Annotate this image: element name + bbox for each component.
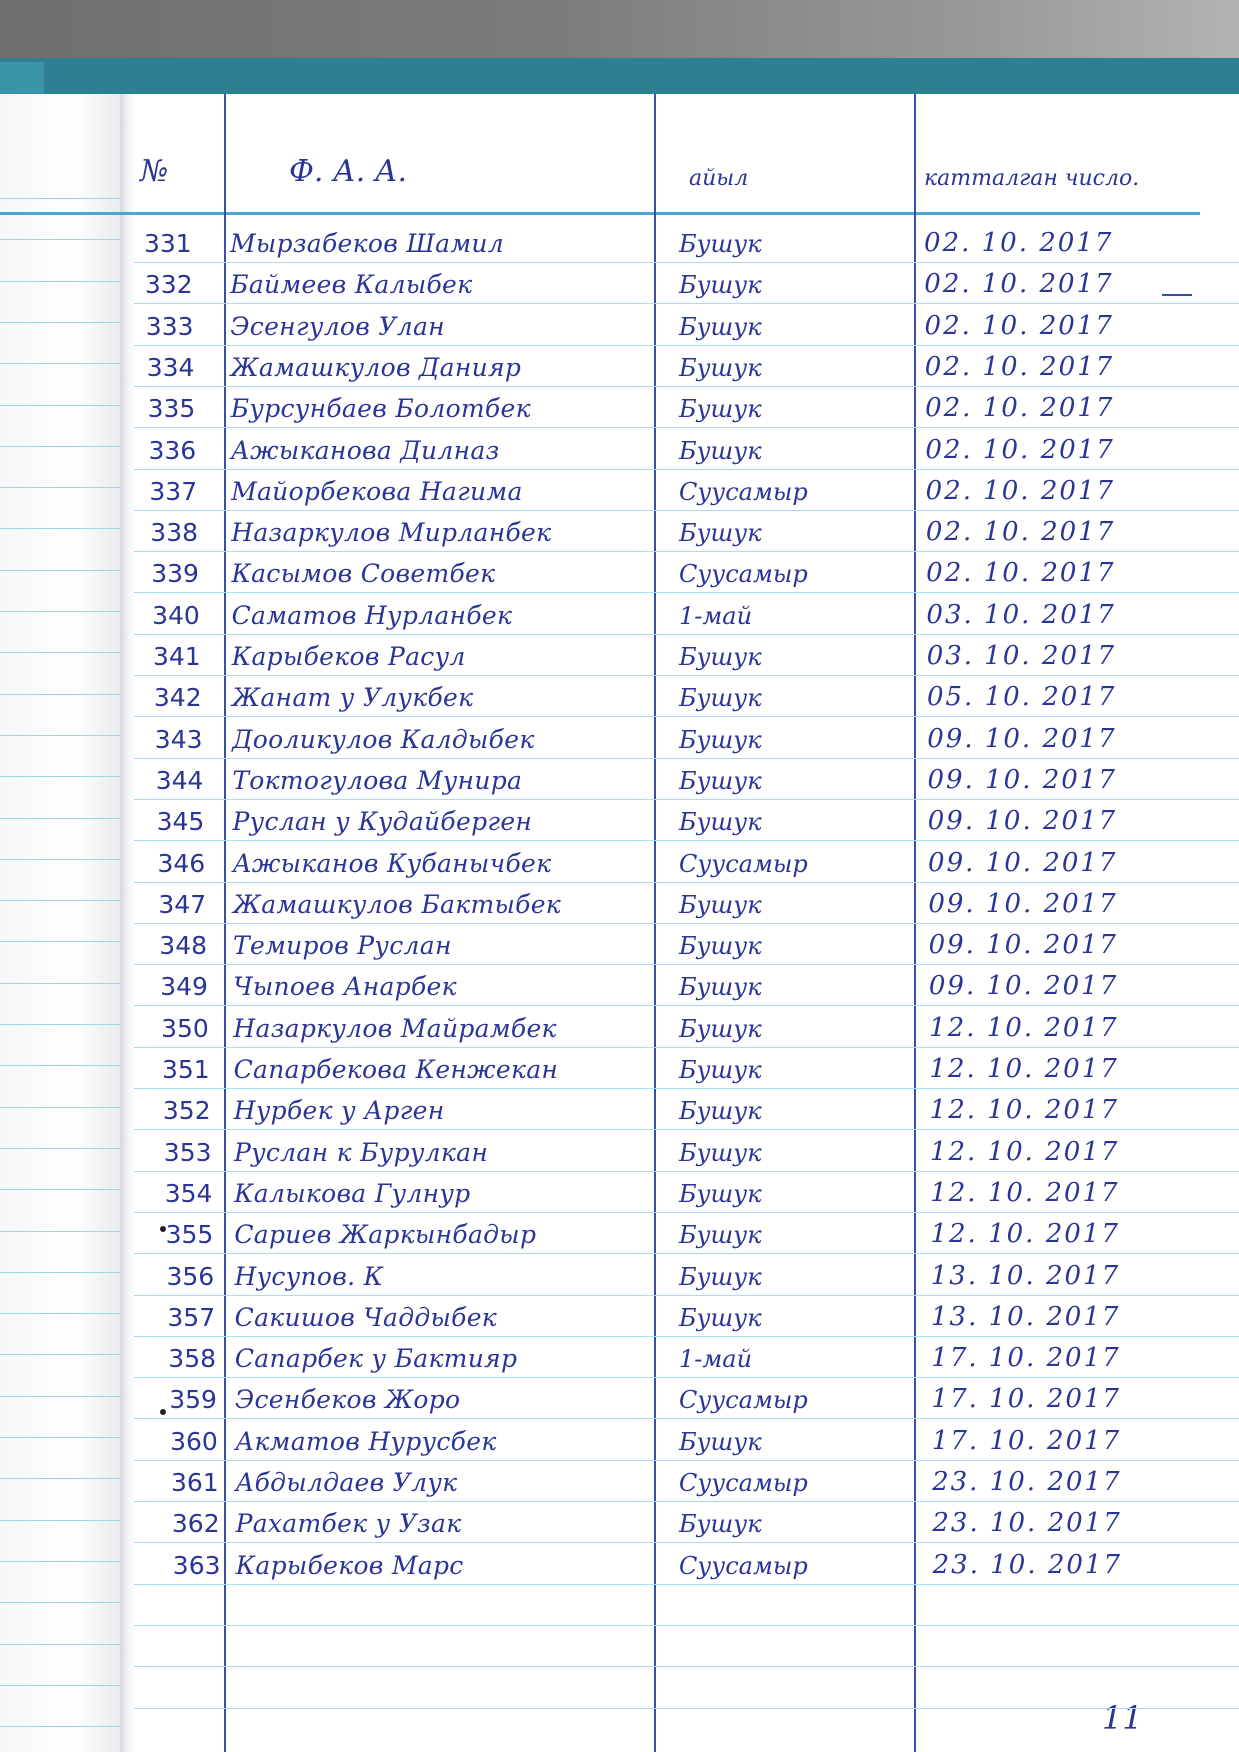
- registration-date: 17. 10. 2017: [932, 1384, 1121, 1414]
- row-number: 335: [148, 394, 196, 423]
- registration-date: 09. 10. 2017: [928, 848, 1117, 878]
- ruled-line: [134, 1625, 1239, 1626]
- left-page-line: [0, 735, 125, 736]
- row-number: 338: [150, 518, 198, 547]
- binder-hole-mark: [160, 1226, 166, 1232]
- village-name: 1-май: [679, 1345, 752, 1373]
- left-page-line: [0, 611, 125, 612]
- person-name: Дооликулов Калдыбек: [232, 725, 534, 754]
- person-name: Эсенбеков Жоро: [235, 1385, 460, 1414]
- table-row: 357Сакишов ЧаддыбекБушук13. 10. 2017: [134, 1295, 1239, 1336]
- person-name: Сапарбекова Кенжекан: [234, 1055, 559, 1084]
- row-number: 356: [167, 1262, 215, 1291]
- ruled-line: [134, 1460, 1239, 1461]
- village-name: Бушук: [679, 1428, 762, 1456]
- village-name: Суусамыр: [679, 850, 808, 878]
- table-row: 337Майорбекова НагимаСуусамыр02. 10. 201…: [134, 469, 1239, 510]
- table-row: 349Чыпоев АнарбекБушук09. 10. 2017: [134, 964, 1239, 1005]
- row-number: 352: [163, 1096, 211, 1125]
- ruled-line: [134, 427, 1239, 428]
- registration-date: 17. 10. 2017: [932, 1426, 1121, 1456]
- registration-date: 09. 10. 2017: [929, 971, 1118, 1001]
- village-name: Бушук: [679, 395, 762, 423]
- person-name: Ажыканова Дилназ: [231, 436, 500, 465]
- village-name: 1-май: [679, 602, 752, 630]
- registration-date: 05. 10. 2017: [927, 682, 1116, 712]
- left-page-line: [0, 1561, 125, 1562]
- village-name: Суусамыр: [679, 478, 808, 506]
- village-name: Бушук: [679, 1015, 762, 1043]
- notebook-cover-edge: [0, 58, 1239, 94]
- village-name: Бушук: [679, 684, 762, 712]
- table-row: 335Бурсунбаев БолотбекБушук02. 10. 2017: [134, 386, 1239, 427]
- person-name: Акматов Нурусбек: [235, 1427, 496, 1456]
- table-row: 350Назаркулов МайрамбекБушук12. 10. 2017: [134, 1006, 1239, 1047]
- person-name: Абдылдаев Улук: [235, 1468, 457, 1497]
- left-page-line: [0, 776, 125, 777]
- table-row: 334Жамашкулов ДаниярБушук02. 10. 2017: [134, 345, 1239, 386]
- row-number: 363: [173, 1551, 221, 1580]
- village-name: Бушук: [679, 519, 762, 547]
- left-page-line: [0, 363, 125, 364]
- row-number: 331: [144, 229, 192, 258]
- person-name: Жамашкулов Бактыбек: [233, 890, 561, 919]
- village-name: Бушук: [679, 1056, 762, 1084]
- village-name: Бушук: [679, 230, 762, 258]
- row-number: 344: [156, 766, 204, 795]
- table-row: 360Акматов НурусбекБушук17. 10. 2017: [134, 1419, 1239, 1460]
- ruled-line: [134, 1542, 1239, 1543]
- registration-date: 02. 10. 2017: [925, 352, 1114, 382]
- person-name: Руслан у Кудайберген: [233, 807, 533, 836]
- person-name: Руслан к Бурулкан: [234, 1138, 488, 1167]
- row-number: 346: [158, 849, 206, 878]
- ruled-line: [134, 923, 1239, 924]
- registration-date: 12. 10. 2017: [930, 1095, 1119, 1125]
- person-name: Калыкова Гулнур: [234, 1179, 470, 1208]
- table-row: 339Касымов СоветбекСуусамыр02. 10. 2017: [134, 551, 1239, 592]
- person-name: Чыпоев Анарбек: [233, 972, 457, 1001]
- registration-date: 02. 10. 2017: [924, 228, 1113, 258]
- table-row: 333Эсенгулов УланБушук02. 10. 2017: [134, 304, 1239, 345]
- ruled-line: [134, 469, 1239, 470]
- previous-page-edge: [0, 94, 125, 1752]
- left-page-line: [0, 818, 125, 819]
- person-name: Жанат у Улукбек: [232, 683, 473, 712]
- ruled-line: [134, 1666, 1239, 1667]
- left-page-line: [0, 198, 125, 199]
- person-name: Нурбек у Арген: [234, 1096, 445, 1125]
- row-number: 351: [162, 1055, 210, 1084]
- table-row: 338Назаркулов МирланбекБушук02. 10. 2017: [134, 510, 1239, 551]
- left-page-line: [0, 528, 125, 529]
- person-name: Бурсунбаев Болотбек: [231, 394, 531, 423]
- registration-date: 02. 10. 2017: [925, 311, 1114, 341]
- ruled-line: [134, 716, 1239, 717]
- row-number: 333: [146, 312, 194, 341]
- registration-date: 13. 10. 2017: [931, 1302, 1120, 1332]
- row-number: 359: [169, 1385, 217, 1414]
- person-name: Нусупов. К: [235, 1262, 384, 1291]
- village-name: Бушук: [679, 726, 762, 754]
- person-name: Сариев Жаркынбадыр: [234, 1220, 536, 1249]
- table-row: 363Карыбеков МарсСуусамыр23. 10. 2017: [134, 1543, 1239, 1584]
- table-row: 331Мырзабеков ШамилБушук02. 10. 2017: [134, 221, 1239, 262]
- ruled-line: [134, 1418, 1239, 1419]
- registration-date: 09. 10. 2017: [927, 724, 1116, 754]
- left-page-line: [0, 239, 125, 240]
- header-full-name: Ф. А. А.: [289, 154, 407, 189]
- left-page-line: [0, 1437, 125, 1438]
- village-name: Бушук: [679, 1263, 762, 1291]
- village-name: Бушук: [679, 437, 762, 465]
- village-name: Бушук: [679, 1221, 762, 1249]
- village-name: Бушук: [679, 643, 762, 671]
- left-page-line: [0, 1189, 125, 1190]
- left-page-line: [0, 1354, 125, 1355]
- ruled-line: [134, 799, 1239, 800]
- row-number: 361: [171, 1468, 219, 1497]
- scanner-background: [0, 0, 1239, 62]
- person-name: Мырзабеков Шамил: [230, 229, 504, 258]
- table-row: 362Рахатбек у УзакБушук23. 10. 2017: [134, 1501, 1239, 1542]
- table-row: 342Жанат у УлукбекБушук05. 10. 2017: [134, 675, 1239, 716]
- ruled-line: [134, 1377, 1239, 1378]
- row-number: 343: [155, 725, 203, 754]
- row-number: 334: [147, 353, 195, 382]
- ruled-line: [134, 1088, 1239, 1089]
- ruled-line: [134, 345, 1239, 346]
- village-name: Суусамыр: [679, 560, 808, 588]
- village-name: Суусамыр: [679, 1386, 808, 1414]
- village-name: Суусамыр: [679, 1552, 808, 1580]
- ruled-line: [134, 1212, 1239, 1213]
- registration-date: 23. 10. 2017: [932, 1467, 1121, 1497]
- table-row: 343Дооликулов КалдыбекБушук09. 10. 2017: [134, 717, 1239, 758]
- registration-date: 02. 10. 2017: [924, 269, 1113, 299]
- header-village: айыл: [689, 166, 748, 191]
- ruled-line: [134, 303, 1239, 304]
- left-page-line: [0, 694, 125, 695]
- row-number: 341: [153, 642, 201, 671]
- row-number: 332: [145, 270, 193, 299]
- village-name: Бушук: [679, 1139, 762, 1167]
- table-row: 355Сариев ЖаркынбадырБушук12. 10. 2017: [134, 1212, 1239, 1253]
- table-row: 348Темиров РусланБушук09. 10. 2017: [134, 923, 1239, 964]
- header-underline: [0, 212, 1200, 215]
- registration-date: 23. 10. 2017: [933, 1550, 1122, 1580]
- table-row: 344Токтогулова МунираБушук09. 10. 2017: [134, 758, 1239, 799]
- table-row: 347Жамашкулов БактыбекБушук09. 10. 2017: [134, 882, 1239, 923]
- left-page-line: [0, 405, 125, 406]
- person-name: Майорбекова Нагима: [231, 477, 523, 506]
- ruled-line: [134, 1295, 1239, 1296]
- person-name: Ажыканов Кубанычбек: [233, 849, 552, 878]
- ruled-line: [134, 1336, 1239, 1337]
- ruled-line: [134, 1584, 1239, 1585]
- ruled-line: [134, 964, 1239, 965]
- registration-date: 12. 10. 2017: [929, 1054, 1118, 1084]
- left-page-line: [0, 652, 125, 653]
- left-page-line: [0, 446, 125, 447]
- ruled-line: [134, 1171, 1239, 1172]
- person-name: Токтогулова Мунира: [232, 766, 522, 795]
- row-number: 362: [172, 1509, 220, 1538]
- table-row: 359Эсенбеков ЖороСуусамыр17. 10. 2017: [134, 1377, 1239, 1418]
- left-page-line: [0, 941, 125, 942]
- left-page-line: [0, 322, 125, 323]
- person-name: Назаркулов Мирланбек: [231, 518, 551, 547]
- table-row: 341Карыбеков РасулБушук03. 10. 2017: [134, 634, 1239, 675]
- row-number: 336: [149, 436, 197, 465]
- person-name: Жамашкулов Данияр: [231, 353, 522, 382]
- left-page-line: [0, 1272, 125, 1273]
- table-row: 332Баймеев КалыбекБушук02. 10. 2017: [134, 262, 1239, 303]
- table-row: 356Нусупов. КБушук13. 10. 2017: [134, 1254, 1239, 1295]
- row-number: 337: [149, 477, 197, 506]
- ruled-line: [134, 1047, 1239, 1048]
- left-page-line: [0, 1313, 125, 1314]
- ruled-line: [134, 882, 1239, 883]
- registration-date: 03. 10. 2017: [926, 600, 1115, 630]
- binder-hole-mark: [160, 1409, 166, 1415]
- registration-date: 02. 10. 2017: [925, 393, 1114, 423]
- left-page-line: [0, 281, 125, 282]
- registration-date: 12. 10. 2017: [930, 1219, 1119, 1249]
- left-page-line: [0, 983, 125, 984]
- left-page-line: [0, 1644, 125, 1645]
- person-name: Назаркулов Майрамбек: [233, 1014, 556, 1043]
- person-name: Касымов Советбек: [231, 559, 495, 588]
- left-page-line: [0, 1024, 125, 1025]
- row-number: 353: [164, 1138, 212, 1167]
- ruled-line: [134, 758, 1239, 759]
- row-number: 345: [157, 807, 205, 836]
- left-page-line: [0, 1602, 125, 1603]
- registration-date: 09. 10. 2017: [928, 806, 1117, 836]
- table-row: 336Ажыканова ДилназБушук02. 10. 2017: [134, 428, 1239, 469]
- ruled-line: [134, 634, 1239, 635]
- village-name: Бушук: [679, 354, 762, 382]
- table-row: 354Калыкова ГулнурБушук12. 10. 2017: [134, 1171, 1239, 1212]
- registration-date: 12. 10. 2017: [929, 1013, 1118, 1043]
- row-number: 355: [166, 1220, 214, 1249]
- registration-date: 23. 10. 2017: [932, 1508, 1121, 1538]
- village-name: Бушук: [679, 767, 762, 795]
- page-number: 11: [1102, 1699, 1143, 1737]
- left-page-line: [0, 1520, 125, 1521]
- ruled-line: [134, 551, 1239, 552]
- table-row: 352Нурбек у АргенБушук12. 10. 2017: [134, 1088, 1239, 1129]
- left-page-line: [0, 1107, 125, 1108]
- village-name: Бушук: [679, 1510, 762, 1538]
- table-row: 353Руслан к БурулканБушук12. 10. 2017: [134, 1130, 1239, 1171]
- village-name: Суусамыр: [679, 1469, 808, 1497]
- registration-date: 12. 10. 2017: [930, 1178, 1119, 1208]
- village-name: Бушук: [679, 808, 762, 836]
- ruled-line: [134, 1129, 1239, 1130]
- left-page-line: [0, 1478, 125, 1479]
- row-number: 357: [167, 1303, 215, 1332]
- row-number: 342: [154, 683, 202, 712]
- village-name: Бушук: [679, 313, 762, 341]
- village-name: Бушук: [679, 1180, 762, 1208]
- person-name: Темиров Руслан: [233, 931, 452, 960]
- registration-date: 12. 10. 2017: [930, 1137, 1119, 1167]
- village-name: Бушук: [679, 973, 762, 1001]
- person-name: Карыбеков Расул: [232, 642, 466, 671]
- registration-date: 17. 10. 2017: [931, 1343, 1120, 1373]
- row-number: 348: [159, 931, 207, 960]
- left-page-line: [0, 487, 125, 488]
- row-number: 360: [170, 1427, 218, 1456]
- village-name: Бушук: [679, 271, 762, 299]
- registration-date: 13. 10. 2017: [931, 1261, 1120, 1291]
- ruled-line: [134, 262, 1239, 263]
- left-page-line: [0, 1148, 125, 1149]
- ruled-line: [134, 675, 1239, 676]
- ruled-line: [134, 510, 1239, 511]
- left-page-line: [0, 859, 125, 860]
- ruled-line: [134, 1005, 1239, 1006]
- registration-date: 03. 10. 2017: [927, 641, 1116, 671]
- header-registration-date: катталган число.: [924, 166, 1139, 191]
- ruled-line: [134, 1253, 1239, 1254]
- left-page-line: [0, 570, 125, 571]
- registration-date: 09. 10. 2017: [928, 765, 1117, 795]
- left-page-line: [0, 1396, 125, 1397]
- person-name: Саматов Нурланбек: [232, 601, 513, 630]
- left-page-line: [0, 1231, 125, 1232]
- register-page: № Ф. А. А. айыл катталган число. 331Мырз…: [134, 94, 1239, 1752]
- village-name: Бушук: [679, 1097, 762, 1125]
- registration-date: 02. 10. 2017: [926, 476, 1115, 506]
- person-name: Эсенгулов Улан: [230, 312, 445, 341]
- left-page-line: [0, 900, 125, 901]
- left-page-line: [0, 1726, 125, 1727]
- row-number: 358: [168, 1344, 216, 1373]
- village-name: Бушук: [679, 932, 762, 960]
- header-number: №: [140, 154, 168, 189]
- registration-date: 02. 10. 2017: [926, 517, 1115, 547]
- left-page-line: [0, 1685, 125, 1686]
- notebook-cover-corner: [0, 62, 44, 96]
- village-name: Бушук: [679, 891, 762, 919]
- ruled-line: [134, 1708, 1239, 1709]
- ruled-line: [134, 1501, 1239, 1502]
- table-row: 358Сапарбек у Бактияр1-май17. 10. 2017: [134, 1336, 1239, 1377]
- row-number: 339: [151, 559, 199, 588]
- village-name: Бушук: [679, 1304, 762, 1332]
- person-name: Рахатбек у Узак: [236, 1509, 462, 1538]
- table-row: 361Абдылдаев УлукСуусамыр23. 10. 2017: [134, 1460, 1239, 1501]
- person-name: Сапарбек у Бактияр: [235, 1344, 517, 1373]
- left-page-line: [0, 1065, 125, 1066]
- registration-date: 02. 10. 2017: [925, 435, 1114, 465]
- person-name: Карыбеков Марс: [236, 1551, 464, 1580]
- table-row: 346Ажыканов КубанычбекСуусамыр09. 10. 20…: [134, 841, 1239, 882]
- row-number: 340: [152, 601, 200, 630]
- row-number: 350: [161, 1014, 209, 1043]
- table-row: 351Сапарбекова КенжеканБушук12. 10. 2017: [134, 1047, 1239, 1088]
- row-number: 349: [160, 972, 208, 1001]
- row-number: 354: [165, 1179, 213, 1208]
- registration-date: 09. 10. 2017: [928, 889, 1117, 919]
- registration-date: 09. 10. 2017: [929, 930, 1118, 960]
- row-number: 347: [158, 890, 206, 919]
- ruled-line: [134, 840, 1239, 841]
- person-name: Баймеев Калыбек: [230, 270, 472, 299]
- registration-date: 02. 10. 2017: [926, 558, 1115, 588]
- table-row: 345Руслан у КудайбергенБушук09. 10. 2017: [134, 799, 1239, 840]
- table-row: 340Саматов Нурланбек1-май03. 10. 2017: [134, 593, 1239, 634]
- ruled-line: [134, 386, 1239, 387]
- person-name: Сакишов Чаддыбек: [235, 1303, 497, 1332]
- ruled-line: [134, 592, 1239, 593]
